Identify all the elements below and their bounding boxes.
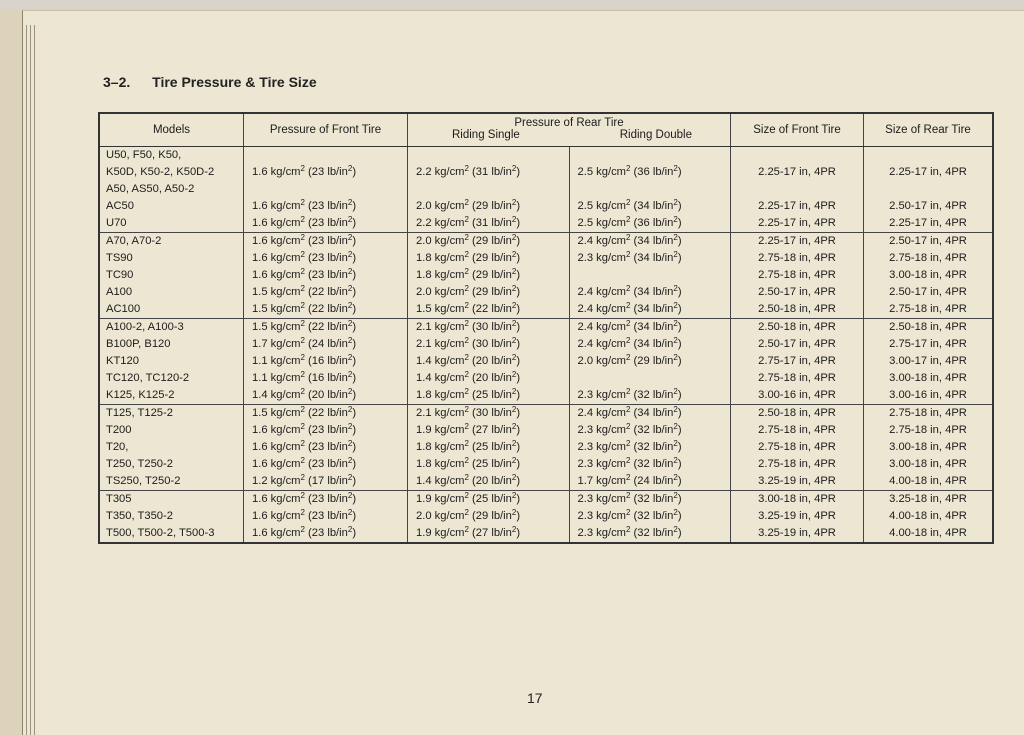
table-row: TS250, T250-21.2 kg/cm2 (17 lb/in2)1.4 k… [99, 473, 993, 491]
table-row: T3051.6 kg/cm2 (23 lb/in2)1.9 kg/cm2 (25… [99, 491, 993, 509]
rear-double-pressure-cell: 2.5 kg/cm2 (36 lb/in2) [569, 164, 731, 181]
rear-size-cell: 2.50-17 in, 4PR [864, 198, 994, 215]
table-row: T2001.6 kg/cm2 (23 lb/in2)1.9 kg/cm2 (27… [99, 422, 993, 439]
rear-double-pressure-cell: 2.3 kg/cm2 (32 lb/in2) [569, 456, 731, 473]
table-row: T125, T125-21.5 kg/cm2 (22 lb/in2)2.1 kg… [99, 405, 993, 423]
front-pressure-cell: 1.6 kg/cm2 (23 lb/in2) [244, 267, 408, 284]
section-title: Tire Pressure & Tire Size [152, 74, 316, 90]
rear-single-pressure-cell: 2.1 kg/cm2 (30 lb/in2) [408, 336, 570, 353]
front-size-cell: 2.75-18 in, 4PR [731, 456, 864, 473]
front-pressure-cell: 1.6 kg/cm2 (23 lb/in2) [244, 508, 408, 525]
rear-single-pressure-cell: 1.4 kg/cm2 (20 lb/in2) [408, 473, 570, 491]
section-heading: 3–2. Tire Pressure & Tire Size [103, 74, 317, 90]
front-pressure-cell: 1.6 kg/cm2 (23 lb/in2) [244, 164, 408, 181]
rear-double-pressure-cell: 2.3 kg/cm2 (32 lb/in2) [569, 422, 731, 439]
header-riding-single: Riding Single [452, 129, 520, 141]
model-cell: TC90 [99, 267, 244, 284]
model-cell: T200 [99, 422, 244, 439]
front-size-cell [731, 147, 864, 165]
rear-single-pressure-cell: 2.2 kg/cm2 (31 lb/in2) [408, 164, 570, 181]
rear-size-cell: 2.25-17 in, 4PR [864, 164, 994, 181]
rear-double-pressure-cell: 2.4 kg/cm2 (34 lb/in2) [569, 301, 731, 319]
rear-size-cell: 2.50-17 in, 4PR [864, 284, 994, 301]
rear-size-cell: 4.00-18 in, 4PR [864, 473, 994, 491]
front-size-cell: 2.50-18 in, 4PR [731, 405, 864, 423]
front-size-cell: 2.50-17 in, 4PR [731, 284, 864, 301]
front-size-cell: 2.75-18 in, 4PR [731, 422, 864, 439]
header-rear-pressure-label: Pressure of Rear Tire [416, 117, 722, 129]
front-size-cell: 3.25-19 in, 4PR [731, 473, 864, 491]
rear-size-cell: 3.00-18 in, 4PR [864, 439, 994, 456]
rear-double-pressure-cell: 2.5 kg/cm2 (34 lb/in2) [569, 198, 731, 215]
table-row: K50D, K50-2, K50D-21.6 kg/cm2 (23 lb/in2… [99, 164, 993, 181]
rear-double-pressure-cell [569, 370, 731, 387]
model-cell: A70, A70-2 [99, 233, 244, 251]
model-cell: K50D, K50-2, K50D-2 [99, 164, 244, 181]
model-cell: AC50 [99, 198, 244, 215]
table-row: K125, K125-21.4 kg/cm2 (20 lb/in2)1.8 kg… [99, 387, 993, 405]
table-row: KT1201.1 kg/cm2 (16 lb/in2)1.4 kg/cm2 (2… [99, 353, 993, 370]
rear-size-cell: 3.00-18 in, 4PR [864, 370, 994, 387]
rear-double-pressure-cell [569, 181, 731, 198]
front-size-cell: 3.00-16 in, 4PR [731, 387, 864, 405]
header-front-pressure: Pressure of Front Tire [244, 113, 408, 147]
front-pressure-cell: 1.6 kg/cm2 (23 lb/in2) [244, 250, 408, 267]
rear-single-pressure-cell: 1.9 kg/cm2 (27 lb/in2) [408, 525, 570, 543]
rear-single-pressure-cell: 1.9 kg/cm2 (25 lb/in2) [408, 491, 570, 509]
front-pressure-cell: 1.6 kg/cm2 (23 lb/in2) [244, 525, 408, 543]
rear-double-pressure-cell: 2.3 kg/cm2 (32 lb/in2) [569, 491, 731, 509]
rear-size-cell: 2.50-18 in, 4PR [864, 319, 994, 337]
model-cell: A100-2, A100-3 [99, 319, 244, 337]
rear-single-pressure-cell: 1.5 kg/cm2 (22 lb/in2) [408, 301, 570, 319]
table-row: A50, AS50, A50-2 [99, 181, 993, 198]
rear-size-cell: 4.00-18 in, 4PR [864, 508, 994, 525]
rear-size-cell: 3.00-17 in, 4PR [864, 353, 994, 370]
front-pressure-cell: 1.6 kg/cm2 (23 lb/in2) [244, 215, 408, 233]
table-row: T350, T350-21.6 kg/cm2 (23 lb/in2)2.0 kg… [99, 508, 993, 525]
table-row: AC1001.5 kg/cm2 (22 lb/in2)1.5 kg/cm2 (2… [99, 301, 993, 319]
model-cell: T350, T350-2 [99, 508, 244, 525]
model-cell: TC120, TC120-2 [99, 370, 244, 387]
rear-single-pressure-cell: 2.0 kg/cm2 (29 lb/in2) [408, 284, 570, 301]
rear-double-pressure-cell: 2.0 kg/cm2 (29 lb/in2) [569, 353, 731, 370]
rear-single-pressure-cell: 2.1 kg/cm2 (30 lb/in2) [408, 405, 570, 423]
front-pressure-cell: 1.4 kg/cm2 (20 lb/in2) [244, 387, 408, 405]
model-cell: AC100 [99, 301, 244, 319]
rear-single-pressure-cell: 1.4 kg/cm2 (20 lb/in2) [408, 370, 570, 387]
rear-double-pressure-cell: 2.3 kg/cm2 (32 lb/in2) [569, 439, 731, 456]
rear-size-cell [864, 147, 994, 165]
header-rear-size: Size of Rear Tire [864, 113, 994, 147]
rear-double-pressure-cell: 2.4 kg/cm2 (34 lb/in2) [569, 336, 731, 353]
front-size-cell: 2.75-17 in, 4PR [731, 353, 864, 370]
front-size-cell: 2.50-17 in, 4PR [731, 336, 864, 353]
rear-size-cell: 3.00-18 in, 4PR [864, 456, 994, 473]
model-cell: T250, T250-2 [99, 456, 244, 473]
front-size-cell: 2.25-17 in, 4PR [731, 215, 864, 233]
page-edge [26, 25, 27, 735]
front-size-cell: 3.00-18 in, 4PR [731, 491, 864, 509]
model-cell: U50, F50, K50, [99, 147, 244, 165]
front-size-cell: 2.50-18 in, 4PR [731, 301, 864, 319]
table-body: U50, F50, K50,K50D, K50-2, K50D-21.6 kg/… [99, 147, 993, 544]
rear-size-cell: 3.00-16 in, 4PR [864, 387, 994, 405]
rear-size-cell: 2.25-17 in, 4PR [864, 215, 994, 233]
table-row: T500, T500-2, T500-31.6 kg/cm2 (23 lb/in… [99, 525, 993, 543]
table-row: T20,1.6 kg/cm2 (23 lb/in2)1.8 kg/cm2 (25… [99, 439, 993, 456]
rear-size-cell: 2.75-18 in, 4PR [864, 301, 994, 319]
front-size-cell: 2.25-17 in, 4PR [731, 164, 864, 181]
rear-size-cell: 2.75-18 in, 4PR [864, 422, 994, 439]
rear-double-pressure-cell: 2.3 kg/cm2 (34 lb/in2) [569, 250, 731, 267]
rear-double-pressure-cell: 2.4 kg/cm2 (34 lb/in2) [569, 233, 731, 251]
table-row: A70, A70-21.6 kg/cm2 (23 lb/in2)2.0 kg/c… [99, 233, 993, 251]
rear-size-cell: 2.75-17 in, 4PR [864, 336, 994, 353]
rear-size-cell: 3.00-18 in, 4PR [864, 267, 994, 284]
tire-pressure-table: Models Pressure of Front Tire Pressure o… [98, 112, 994, 544]
model-cell: A50, AS50, A50-2 [99, 181, 244, 198]
page-edge [34, 25, 35, 735]
front-pressure-cell: 1.5 kg/cm2 (22 lb/in2) [244, 319, 408, 337]
table-row: A1001.5 kg/cm2 (22 lb/in2)2.0 kg/cm2 (29… [99, 284, 993, 301]
front-size-cell: 2.25-17 in, 4PR [731, 198, 864, 215]
front-pressure-cell [244, 181, 408, 198]
front-pressure-cell: 1.1 kg/cm2 (16 lb/in2) [244, 370, 408, 387]
rear-single-pressure-cell [408, 181, 570, 198]
rear-size-cell [864, 181, 994, 198]
model-cell: KT120 [99, 353, 244, 370]
front-size-cell [731, 181, 864, 198]
front-pressure-cell: 1.6 kg/cm2 (23 lb/in2) [244, 456, 408, 473]
front-pressure-cell: 1.6 kg/cm2 (23 lb/in2) [244, 233, 408, 251]
model-cell: T125, T125-2 [99, 405, 244, 423]
front-pressure-cell: 1.5 kg/cm2 (22 lb/in2) [244, 405, 408, 423]
table-row: B100P, B1201.7 kg/cm2 (24 lb/in2)2.1 kg/… [99, 336, 993, 353]
rear-single-pressure-cell: 1.8 kg/cm2 (29 lb/in2) [408, 267, 570, 284]
scan-top-strip [0, 0, 1024, 10]
front-pressure-cell: 1.6 kg/cm2 (23 lb/in2) [244, 198, 408, 215]
front-size-cell: 2.50-18 in, 4PR [731, 319, 864, 337]
front-pressure-cell: 1.7 kg/cm2 (24 lb/in2) [244, 336, 408, 353]
page-edge [30, 25, 31, 735]
table-row: U701.6 kg/cm2 (23 lb/in2)2.2 kg/cm2 (31 … [99, 215, 993, 233]
header-rear-pressure: Pressure of Rear Tire Riding Single Ridi… [408, 113, 731, 147]
front-size-cell: 2.75-18 in, 4PR [731, 250, 864, 267]
front-pressure-cell: 1.5 kg/cm2 (22 lb/in2) [244, 301, 408, 319]
model-cell: K125, K125-2 [99, 387, 244, 405]
front-size-cell: 2.75-18 in, 4PR [731, 439, 864, 456]
table-row: TC901.6 kg/cm2 (23 lb/in2)1.8 kg/cm2 (29… [99, 267, 993, 284]
model-cell: T305 [99, 491, 244, 509]
rear-single-pressure-cell: 2.0 kg/cm2 (29 lb/in2) [408, 233, 570, 251]
rear-single-pressure-cell: 1.4 kg/cm2 (20 lb/in2) [408, 353, 570, 370]
rear-size-cell: 4.00-18 in, 4PR [864, 525, 994, 543]
rear-double-pressure-cell: 1.7 kg/cm2 (24 lb/in2) [569, 473, 731, 491]
front-size-cell: 3.25-19 in, 4PR [731, 508, 864, 525]
rear-double-pressure-cell: 2.4 kg/cm2 (34 lb/in2) [569, 405, 731, 423]
front-size-cell: 2.25-17 in, 4PR [731, 233, 864, 251]
model-cell: U70 [99, 215, 244, 233]
rear-double-pressure-cell [569, 267, 731, 284]
table-row: U50, F50, K50, [99, 147, 993, 165]
rear-single-pressure-cell: 2.0 kg/cm2 (29 lb/in2) [408, 508, 570, 525]
model-cell: T20, [99, 439, 244, 456]
front-pressure-cell [244, 147, 408, 165]
header-front-size: Size of Front Tire [731, 113, 864, 147]
rear-double-pressure-cell: 2.3 kg/cm2 (32 lb/in2) [569, 387, 731, 405]
front-pressure-cell: 1.6 kg/cm2 (23 lb/in2) [244, 491, 408, 509]
table-row: TC120, TC120-21.1 kg/cm2 (16 lb/in2)1.4 … [99, 370, 993, 387]
book-spine [0, 10, 22, 735]
rear-double-pressure-cell: 2.3 kg/cm2 (32 lb/in2) [569, 508, 731, 525]
model-cell: A100 [99, 284, 244, 301]
table-row: TS901.6 kg/cm2 (23 lb/in2)1.8 kg/cm2 (29… [99, 250, 993, 267]
front-pressure-cell: 1.1 kg/cm2 (16 lb/in2) [244, 353, 408, 370]
model-cell: TS90 [99, 250, 244, 267]
rear-single-pressure-cell: 1.8 kg/cm2 (25 lb/in2) [408, 387, 570, 405]
rear-single-pressure-cell: 1.8 kg/cm2 (25 lb/in2) [408, 456, 570, 473]
rear-double-pressure-cell: 2.4 kg/cm2 (34 lb/in2) [569, 319, 731, 337]
rear-size-cell: 2.50-17 in, 4PR [864, 233, 994, 251]
model-cell: TS250, T250-2 [99, 473, 244, 491]
rear-single-pressure-cell: 2.1 kg/cm2 (30 lb/in2) [408, 319, 570, 337]
table-row: A100-2, A100-31.5 kg/cm2 (22 lb/in2)2.1 … [99, 319, 993, 337]
rear-single-pressure-cell: 1.8 kg/cm2 (25 lb/in2) [408, 439, 570, 456]
rear-single-pressure-cell [408, 147, 570, 165]
rear-single-pressure-cell: 2.2 kg/cm2 (31 lb/in2) [408, 215, 570, 233]
front-size-cell: 2.75-18 in, 4PR [731, 267, 864, 284]
front-pressure-cell: 1.2 kg/cm2 (17 lb/in2) [244, 473, 408, 491]
front-pressure-cell: 1.6 kg/cm2 (23 lb/in2) [244, 439, 408, 456]
rear-single-pressure-cell: 2.0 kg/cm2 (29 lb/in2) [408, 198, 570, 215]
rear-double-pressure-cell [569, 147, 731, 165]
model-cell: T500, T500-2, T500-3 [99, 525, 244, 543]
front-pressure-cell: 1.5 kg/cm2 (22 lb/in2) [244, 284, 408, 301]
section-number: 3–2. [103, 74, 130, 90]
rear-size-cell: 2.75-18 in, 4PR [864, 250, 994, 267]
rear-double-pressure-cell: 2.5 kg/cm2 (36 lb/in2) [569, 215, 731, 233]
rear-size-cell: 2.75-18 in, 4PR [864, 405, 994, 423]
rear-single-pressure-cell: 1.9 kg/cm2 (27 lb/in2) [408, 422, 570, 439]
front-size-cell: 3.25-19 in, 4PR [731, 525, 864, 543]
rear-size-cell: 3.25-18 in, 4PR [864, 491, 994, 509]
page-number: 17 [527, 690, 543, 706]
rear-double-pressure-cell: 2.4 kg/cm2 (34 lb/in2) [569, 284, 731, 301]
model-cell: B100P, B120 [99, 336, 244, 353]
header-riding-double: Riding Double [620, 129, 692, 141]
table-row: T250, T250-21.6 kg/cm2 (23 lb/in2)1.8 kg… [99, 456, 993, 473]
table-row: AC501.6 kg/cm2 (23 lb/in2)2.0 kg/cm2 (29… [99, 198, 993, 215]
rear-single-pressure-cell: 1.8 kg/cm2 (29 lb/in2) [408, 250, 570, 267]
front-size-cell: 2.75-18 in, 4PR [731, 370, 864, 387]
front-pressure-cell: 1.6 kg/cm2 (23 lb/in2) [244, 422, 408, 439]
rear-double-pressure-cell: 2.3 kg/cm2 (32 lb/in2) [569, 525, 731, 543]
header-models: Models [99, 113, 244, 147]
